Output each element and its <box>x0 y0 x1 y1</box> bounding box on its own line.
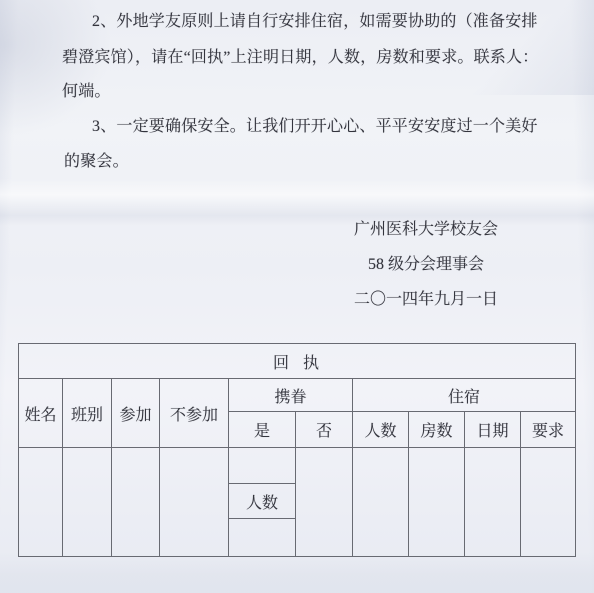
header-family-no: 否 <box>296 412 353 448</box>
header-family-yes: 是 <box>229 412 296 448</box>
header-lodging: 住宿 <box>353 379 576 412</box>
body-line-item3-start: 3、一定要确保安全。让我们开开心心、平平安安度过一个美好 <box>92 116 538 138</box>
blank-cell-people-count <box>353 448 409 557</box>
blank-cell-requests <box>521 448 576 557</box>
header-name: 姓名 <box>19 379 63 448</box>
header-requests: 要求 <box>521 412 576 448</box>
blank-cell-family-no <box>296 448 353 557</box>
signature-block: 广州医科大学校友会 58 级分会理事会 二〇一四年九月一日 <box>328 220 524 325</box>
body-line-item3-cont: 的聚会。 <box>64 151 129 173</box>
header-room-count: 房数 <box>409 412 465 448</box>
blank-cell-attend <box>112 448 160 557</box>
reply-slip-table: 回 执 姓名 班别 参加 不参加 携眷 住宿 是 否 人数 房数 日期 要求 <box>18 343 576 557</box>
header-people-count: 人数 <box>353 412 409 448</box>
header-not-attend: 不参加 <box>160 379 229 448</box>
header-family-accompany: 携眷 <box>229 379 353 412</box>
blank-cell-family-yes-bottom <box>229 519 296 557</box>
signature-date: 二〇一四年九月一日 <box>328 290 524 310</box>
signature-branch: 58 级分会理事会 <box>328 255 524 275</box>
paper-crease-bottom <box>0 552 594 593</box>
blank-cell-not-attend <box>160 448 229 557</box>
body-line-item2-start: 2、外地学友原则上请自行安排住宿，如需要协助的（准备安排 <box>92 11 538 33</box>
scanned-letter-page: 2、外地学友原则上请自行安排住宿，如需要协助的（准备安排 碧澄宾馆），请在“回执… <box>0 0 594 593</box>
blank-cell-room-count <box>409 448 465 557</box>
blank-cell-family-yes-top <box>229 448 296 484</box>
body-line-contact-name: 何端。 <box>62 81 111 103</box>
blank-cell-class <box>63 448 112 557</box>
signature-organization: 广州医科大学校友会 <box>328 220 524 240</box>
paper-crease-horizontal <box>0 178 594 226</box>
cell-family-yes-people-label: 人数 <box>229 484 296 519</box>
blank-cell-name <box>19 448 63 557</box>
table-title: 回 执 <box>19 344 576 379</box>
blank-cell-date <box>465 448 521 557</box>
header-class: 班别 <box>63 379 112 448</box>
header-date: 日期 <box>465 412 521 448</box>
body-line-item2-cont: 碧澄宾馆），请在“回执”上注明日期，人数，房数和要求。联系人： <box>62 47 538 69</box>
header-attend: 参加 <box>112 379 160 448</box>
